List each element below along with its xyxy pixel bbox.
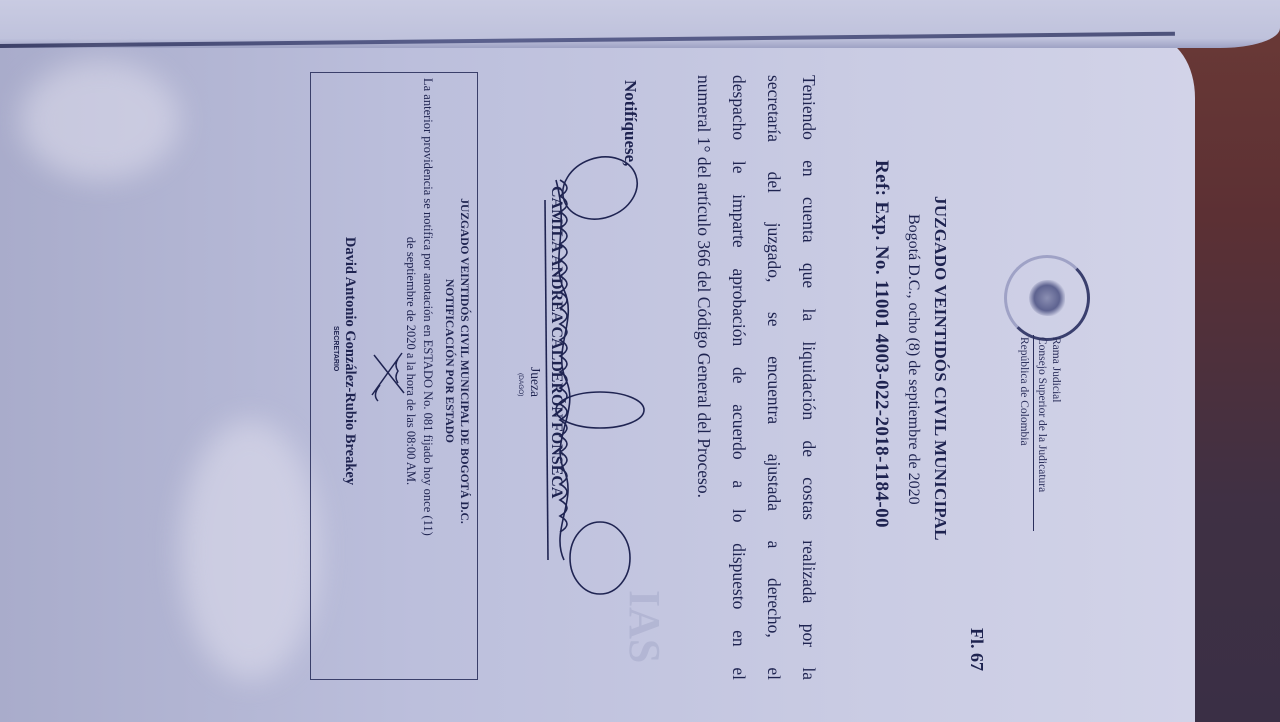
initials: (DAGO) bbox=[517, 373, 524, 396]
reference-number: Ref: Exp. No. 11001 4003-022-2018-1184-0… bbox=[870, 160, 892, 528]
divider bbox=[1033, 335, 1034, 531]
institution-line: República de Colombia bbox=[1017, 337, 1030, 446]
body-text-line: despacho le imparte aprobación de acuerd… bbox=[728, 75, 749, 680]
body-text-line: numeral 1° del artículo 366 del Código G… bbox=[693, 75, 714, 498]
date-line: Bogotá D.C., ocho (8) de septiembre de 2… bbox=[904, 214, 922, 505]
secretary-signature-icon bbox=[365, 345, 410, 405]
institution-line: Consejo Superior de la Judicatura bbox=[1035, 337, 1048, 492]
institution-line: Rama Judicial bbox=[1049, 337, 1062, 402]
body-text-line: Teniendo en cuenta que la liquidación de… bbox=[798, 75, 819, 680]
box-subtitle: NOTIFICACIÓN POR ESTADO bbox=[443, 0, 455, 722]
court-title: JUZGADO VEINTIDÓS CIVIL MUNICIPAL bbox=[930, 196, 950, 541]
folio-number: Fl. 67 bbox=[966, 628, 987, 671]
box-title: JUZGADO VEINTIDÓS CIVIL MUNICIPAL DE BOG… bbox=[458, 0, 470, 722]
coat-of-arms-icon bbox=[1004, 255, 1090, 341]
box-text-line: La anterior providencia se notifica por … bbox=[420, 78, 435, 536]
rotated-document: Rama Judicial Consejo Superior de la Jud… bbox=[0, 0, 1280, 722]
secretary-name: David Antonio González-Rubio Breakey bbox=[341, 0, 358, 722]
secretary-role: SECRETARIO bbox=[332, 326, 339, 371]
judge-signature-icon bbox=[530, 140, 640, 620]
body-text-line: secretaría del juzgado, se encuentra aju… bbox=[763, 75, 784, 680]
